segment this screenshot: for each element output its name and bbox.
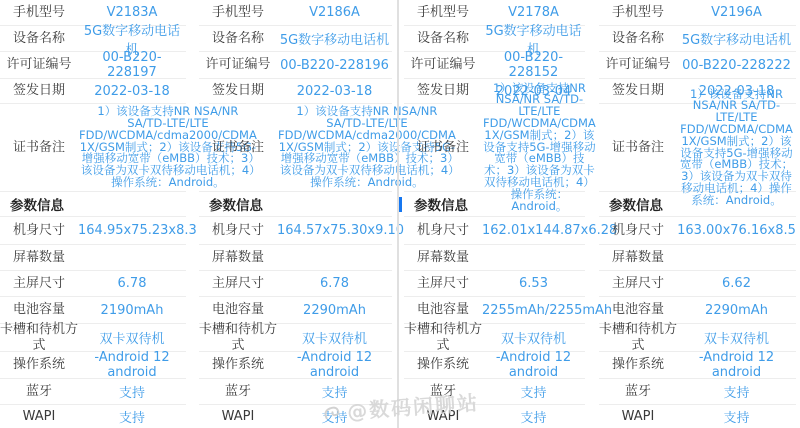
label-os: 操作系统 (404, 357, 482, 373)
label-main-screen-size: 主屏尺寸 (0, 276, 78, 292)
label-battery-capacity: 电池容量 (0, 302, 78, 318)
row-card-slot-standby: 卡槽和待机方式双卡双待机 (0, 324, 186, 352)
row-body-size: 机身尺寸164.95x75.23x8.3 (0, 217, 186, 245)
value-battery-capacity: 2290mAh (677, 303, 796, 318)
label-battery-capacity: 电池容量 (404, 302, 482, 318)
label-license-number: 许可证编号 (404, 57, 482, 73)
row-cert-notes: 证书备注1）该设备支持NR NSA/NR SA/TD-LTE/LTE FDD/W… (599, 104, 796, 192)
row-params-header: 参数信息 (404, 192, 585, 217)
label-wapi: WAPI (199, 409, 277, 425)
label-cert-notes: 证书备注 (199, 140, 277, 156)
row-wapi: WAPI支持 (599, 405, 796, 428)
row-card-slot-standby: 卡槽和待机方式双卡双待机 (599, 324, 796, 352)
row-battery-capacity: 电池容量2255mAh/2255mAh (404, 297, 585, 324)
row-main-screen-size: 主屏尺寸6.78 (0, 271, 186, 297)
label-body-size: 机身尺寸 (404, 223, 482, 239)
value-battery-capacity: 2190mAh (78, 303, 186, 318)
label-screen-count: 屏幕数量 (599, 250, 677, 266)
value-wapi: 支持 (482, 407, 585, 426)
row-license-number: 许可证编号00-B220-228152 (404, 52, 585, 79)
value-card-slot-standby: 双卡双待机 (78, 328, 186, 347)
label-wapi: WAPI (599, 409, 677, 425)
value-main-screen-size: 6.78 (78, 276, 186, 291)
value-main-screen-size: 6.53 (482, 276, 585, 291)
value-body-size: 162.01x144.87x6.28 (482, 223, 617, 238)
label-main-screen-size: 主屏尺寸 (599, 276, 677, 292)
section-title: 参数信息 (414, 194, 468, 214)
value-main-screen-size: 6.62 (677, 276, 796, 291)
value-os: -Android 12 android (482, 350, 585, 380)
value-body-size: 164.57x75.30x9.10 (277, 223, 404, 238)
row-wapi: WAPI支持 (0, 405, 186, 428)
label-issue-date: 签发日期 (599, 83, 677, 99)
label-license-number: 许可证编号 (0, 57, 78, 73)
value-battery-capacity: 2290mAh (277, 303, 392, 318)
label-issue-date: 签发日期 (199, 83, 277, 99)
page-divider (397, 0, 399, 428)
label-battery-capacity: 电池容量 (199, 302, 277, 318)
value-bluetooth: 支持 (78, 382, 186, 401)
label-os: 操作系统 (0, 357, 78, 373)
value-body-size: 163.00x76.16x8.5 (677, 223, 796, 238)
value-model: V2196A (677, 5, 796, 20)
label-screen-count: 屏幕数量 (0, 250, 78, 266)
value-card-slot-standby: 双卡双待机 (677, 328, 796, 347)
value-cert-notes: 1）该设备支持NR NSA/NR SA/TD-LTE/LTE FDD/WCDMA… (677, 89, 796, 207)
value-device-name: 5G数字移动电话机 (277, 29, 392, 48)
label-device-name: 设备名称 (404, 31, 482, 47)
row-bluetooth: 蓝牙支持 (599, 379, 796, 405)
value-device-name: 5G数字移动电话机 (677, 29, 796, 48)
row-body-size: 机身尺寸162.01x144.87x6.28 (404, 217, 585, 245)
row-battery-capacity: 电池容量2290mAh (199, 297, 392, 324)
value-card-slot-standby: 双卡双待机 (277, 328, 392, 347)
row-issue-date: 签发日期2022-03-18 (199, 79, 392, 104)
value-license-number: 00-B220-228197 (78, 50, 186, 80)
row-model: 手机型号V2186A (199, 0, 392, 26)
label-main-screen-size: 主屏尺寸 (199, 276, 277, 292)
spec-column-1: 手机型号V2183A设备名称5G数字移动电话机许可证编号00-B220-2281… (0, 0, 186, 428)
value-bluetooth: 支持 (277, 382, 392, 401)
row-device-name: 设备名称5G数字移动电话机 (199, 26, 392, 52)
label-card-slot-standby: 卡槽和待机方式 (404, 322, 482, 353)
label-body-size: 机身尺寸 (199, 223, 277, 239)
row-device-name: 设备名称5G数字移动电话机 (0, 26, 186, 52)
label-device-name: 设备名称 (0, 31, 78, 47)
row-screen-count: 屏幕数量 (599, 245, 796, 271)
row-cert-notes: 证书备注1）该设备支持NR NSA/NR SA/TD-LTE/LTE FDD/W… (404, 104, 585, 192)
row-cert-notes: 证书备注1）该设备支持NR NSA/NR SA/TD-LTE/LTE FDD/W… (199, 104, 392, 192)
label-screen-count: 屏幕数量 (199, 250, 277, 266)
label-issue-date: 签发日期 (404, 83, 482, 99)
value-bluetooth: 支持 (677, 382, 796, 401)
spec-column-3: 手机型号V2178A设备名称5G数字移动电话机许可证编号00-B220-2281… (404, 0, 585, 428)
row-bluetooth: 蓝牙支持 (404, 379, 585, 405)
value-issue-date: 2022-03-18 (277, 84, 392, 99)
label-license-number: 许可证编号 (599, 57, 677, 73)
label-main-screen-size: 主屏尺寸 (404, 276, 482, 292)
label-card-slot-standby: 卡槽和待机方式 (0, 322, 78, 353)
label-bluetooth: 蓝牙 (199, 384, 277, 400)
label-bluetooth: 蓝牙 (404, 384, 482, 400)
row-main-screen-size: 主屏尺寸6.53 (404, 271, 585, 297)
label-model: 手机型号 (199, 5, 277, 21)
row-device-name: 设备名称5G数字移动电话机 (599, 26, 796, 52)
label-os: 操作系统 (199, 357, 277, 373)
label-card-slot-standby: 卡槽和待机方式 (599, 322, 677, 353)
label-os: 操作系统 (599, 357, 677, 373)
label-card-slot-standby: 卡槽和待机方式 (199, 322, 277, 353)
label-issue-date: 签发日期 (0, 83, 78, 99)
row-card-slot-standby: 卡槽和待机方式双卡双待机 (199, 324, 392, 352)
value-card-slot-standby: 双卡双待机 (482, 328, 585, 347)
value-model: V2186A (277, 5, 392, 20)
row-body-size: 机身尺寸164.57x75.30x9.10 (199, 217, 392, 245)
value-issue-date: 2022-03-18 (78, 84, 186, 99)
label-bluetooth: 蓝牙 (599, 384, 677, 400)
row-body-size: 机身尺寸163.00x76.16x8.5 (599, 217, 796, 245)
row-cert-notes: 证书备注1）该设备支持NR NSA/NR SA/TD-LTE/LTE FDD/W… (0, 104, 186, 192)
row-screen-count: 屏幕数量 (0, 245, 186, 271)
row-os: 操作系统-Android 12 android (199, 352, 392, 379)
label-license-number: 许可证编号 (199, 57, 277, 73)
row-battery-capacity: 电池容量2190mAh (0, 297, 186, 324)
row-battery-capacity: 电池容量2290mAh (599, 297, 796, 324)
row-os: 操作系统-Android 12 android (404, 352, 585, 379)
row-license-number: 许可证编号00-B220-228196 (199, 52, 392, 79)
label-device-name: 设备名称 (599, 31, 677, 47)
value-model: V2178A (482, 5, 585, 20)
value-body-size: 164.95x75.23x8.3 (78, 223, 197, 238)
label-screen-count: 屏幕数量 (404, 250, 482, 266)
row-license-number: 许可证编号00-B220-228197 (0, 52, 186, 79)
value-wapi: 支持 (677, 407, 796, 426)
label-bluetooth: 蓝牙 (0, 384, 78, 400)
label-body-size: 机身尺寸 (0, 223, 78, 239)
value-model: V2183A (78, 5, 186, 20)
row-bluetooth: 蓝牙支持 (199, 379, 392, 405)
label-cert-notes: 证书备注 (599, 140, 677, 156)
label-wapi: WAPI (0, 409, 78, 425)
row-os: 操作系统-Android 12 android (0, 352, 186, 379)
row-card-slot-standby: 卡槽和待机方式双卡双待机 (404, 324, 585, 352)
row-screen-count: 屏幕数量 (404, 245, 585, 271)
row-main-screen-size: 主屏尺寸6.62 (599, 271, 796, 297)
label-cert-notes: 证书备注 (404, 140, 482, 156)
row-wapi: WAPI支持 (199, 405, 392, 428)
value-battery-capacity: 2255mAh/2255mAh (482, 303, 612, 318)
label-device-name: 设备名称 (199, 31, 277, 47)
value-license-number: 00-B220-228196 (277, 58, 392, 73)
section-accent-bar (399, 197, 402, 212)
row-wapi: WAPI支持 (404, 405, 585, 428)
value-license-number: 00-B220-228222 (677, 58, 796, 73)
row-license-number: 许可证编号00-B220-228222 (599, 52, 796, 79)
label-body-size: 机身尺寸 (599, 223, 677, 239)
value-wapi: 支持 (78, 407, 186, 426)
spec-column-4: 手机型号V2196A设备名称5G数字移动电话机许可证编号00-B220-2282… (599, 0, 796, 428)
section-title: 参数信息 (10, 194, 64, 214)
tenaa-spec-comparison: 手机型号V2183A设备名称5G数字移动电话机许可证编号00-B220-2281… (0, 0, 800, 428)
section-title: 参数信息 (209, 194, 263, 214)
value-main-screen-size: 6.78 (277, 276, 392, 291)
label-model: 手机型号 (0, 5, 78, 21)
row-issue-date: 签发日期2022-03-18 (0, 79, 186, 104)
value-os: -Android 12 android (78, 350, 186, 380)
spec-column-2: 手机型号V2186A设备名称5G数字移动电话机许可证编号00-B220-2281… (199, 0, 392, 428)
label-battery-capacity: 电池容量 (599, 302, 677, 318)
value-os: -Android 12 android (277, 350, 392, 380)
label-model: 手机型号 (599, 5, 677, 21)
value-bluetooth: 支持 (482, 382, 585, 401)
row-params-header: 参数信息 (0, 192, 186, 217)
row-device-name: 设备名称5G数字移动电话机 (404, 26, 585, 52)
label-model: 手机型号 (404, 5, 482, 21)
row-os: 操作系统-Android 12 android (599, 352, 796, 379)
row-screen-count: 屏幕数量 (199, 245, 392, 271)
section-title: 参数信息 (609, 194, 663, 214)
row-main-screen-size: 主屏尺寸6.78 (199, 271, 392, 297)
value-license-number: 00-B220-228152 (482, 50, 585, 80)
value-os: -Android 12 android (677, 350, 796, 380)
label-cert-notes: 证书备注 (0, 140, 78, 156)
value-wapi: 支持 (277, 407, 392, 426)
row-model: 手机型号V2196A (599, 0, 796, 26)
row-params-header: 参数信息 (599, 192, 796, 217)
row-bluetooth: 蓝牙支持 (0, 379, 186, 405)
label-wapi: WAPI (404, 409, 482, 425)
row-params-header: 参数信息 (199, 192, 392, 217)
